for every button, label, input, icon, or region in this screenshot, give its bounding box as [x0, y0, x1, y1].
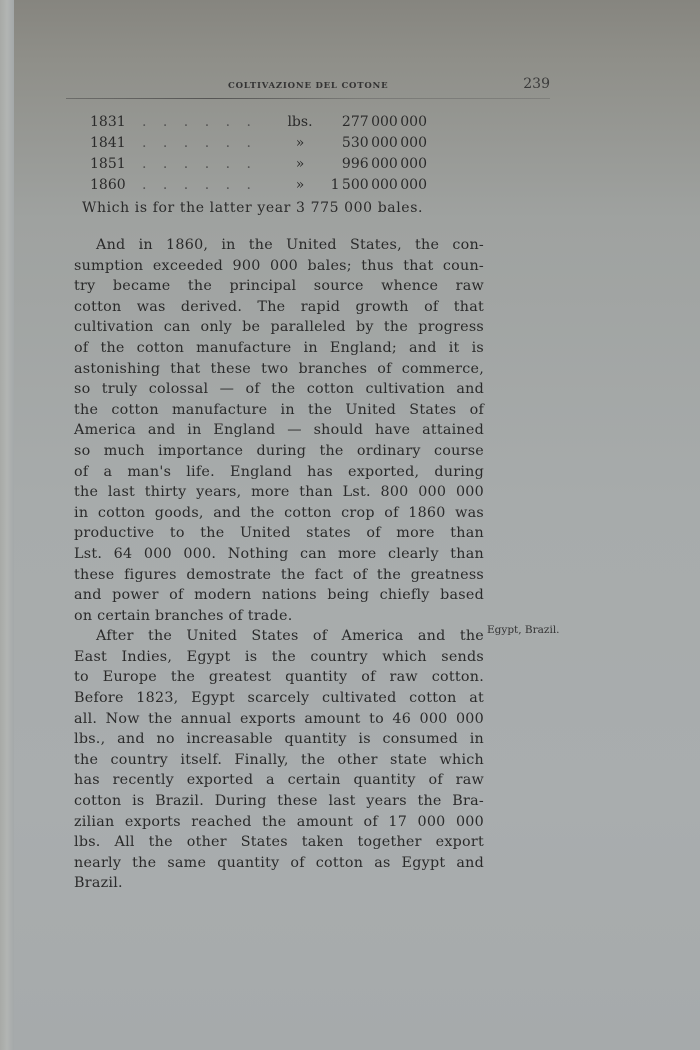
text-line: the cotton manufacture in the United Sta… [74, 400, 484, 421]
margin-note: Egypt, Brazil. [487, 624, 560, 636]
table-summary: Which is for the latter year 3 775 000 b… [82, 200, 423, 216]
text-line: of a man's life. England has exported, d… [74, 462, 484, 483]
page-number: 239 [523, 76, 550, 92]
text-line: East Indies, Egypt is the country which … [74, 647, 484, 668]
text-line: Lst. 64 000 000. Nothing can more clearl… [74, 544, 484, 565]
text-line: the country itself. Finally, the other s… [74, 750, 484, 771]
cotton-statistics-table: 1831 . . . . . . lbs. 277 000 000 1841 .… [90, 112, 440, 196]
leader-dots: . . . . . . [142, 133, 257, 154]
body-text: And in 1860, in the United States, the c… [74, 235, 484, 894]
unit-cell: » [280, 154, 320, 175]
text-line: on certain branches of trade. [74, 606, 484, 627]
text-line: astonishing that these two branches of c… [74, 359, 484, 380]
text-line: lbs., and no increasable quantity is con… [74, 729, 484, 750]
unit-cell: » [280, 175, 320, 196]
text-line: America and in England — should have att… [74, 420, 484, 441]
paragraph-us-consumption: And in 1860, in the United States, the c… [74, 235, 484, 626]
year-cell: 1860 [90, 175, 126, 196]
table-row: 1851 . . . . . . » 996 000 000 [90, 154, 440, 175]
table-row: 1860 . . . . . . » 1 500 000 000 [90, 175, 440, 196]
text-line: zilian exports reached the amount of 17 … [74, 812, 484, 833]
text-line: productive to the United states of more … [74, 523, 484, 544]
text-line: sumption exceeded 900 000 bales; thus th… [74, 256, 484, 277]
value-cell: 277 000 000 [342, 112, 427, 133]
text-line: cotton was derived. The rapid growth of … [74, 297, 484, 318]
text-line: cotton is Brazil. During these last year… [74, 791, 484, 812]
text-line: of the cotton manufacture in England; an… [74, 338, 484, 359]
page-gutter [0, 0, 14, 1050]
text-line: Before 1823, Egypt scarcely cultivated c… [74, 688, 484, 709]
text-line: so truly colossal — of the cotton cultiv… [74, 379, 484, 400]
table-row: 1841 . . . . . . » 530 000 000 [90, 133, 440, 154]
unit-cell: » [280, 133, 320, 154]
running-head: COLTIVAZIONE DEL COTONE 239 [66, 74, 550, 96]
text-line: in cotton goods, and the cotton crop of … [74, 503, 484, 524]
header-rule [66, 98, 550, 99]
running-title: COLTIVAZIONE DEL COTONE [228, 81, 388, 91]
text-line: the last thirty years, more than Lst. 80… [74, 482, 484, 503]
value-cell: 1 500 000 000 [331, 175, 427, 196]
unit-cell: lbs. [280, 112, 320, 133]
text-line: to Europe the greatest quantity of raw c… [74, 667, 484, 688]
value-cell: 530 000 000 [342, 133, 427, 154]
table-row: 1831 . . . . . . lbs. 277 000 000 [90, 112, 440, 133]
text-line: lbs. All the other States taken together… [74, 832, 484, 853]
text-line: and power of modern nations being chiefl… [74, 585, 484, 606]
leader-dots: . . . . . . [142, 112, 257, 133]
text-line: After the United States of America and t… [74, 626, 484, 647]
text-line: so much importance during the ordinary c… [74, 441, 484, 462]
text-line: has recently exported a certain quantity… [74, 770, 484, 791]
leader-dots: . . . . . . [142, 175, 257, 196]
text-line: And in 1860, in the United States, the c… [74, 235, 484, 256]
text-line: Brazil. [74, 873, 484, 894]
text-line: cultivation can only be paralleled by th… [74, 317, 484, 338]
text-line: all. Now the annual exports amount to 46… [74, 709, 484, 730]
paragraph-egypt-brazil: After the United States of America and t… [74, 626, 484, 894]
text-line: try became the principal source whence r… [74, 276, 484, 297]
leader-dots: . . . . . . [142, 154, 257, 175]
value-cell: 996 000 000 [342, 154, 427, 175]
text-line: nearly the same quantity of cotton as Eg… [74, 853, 484, 874]
year-cell: 1831 [90, 112, 126, 133]
year-cell: 1851 [90, 154, 126, 175]
text-line: these figures demostrate the fact of the… [74, 565, 484, 586]
year-cell: 1841 [90, 133, 126, 154]
